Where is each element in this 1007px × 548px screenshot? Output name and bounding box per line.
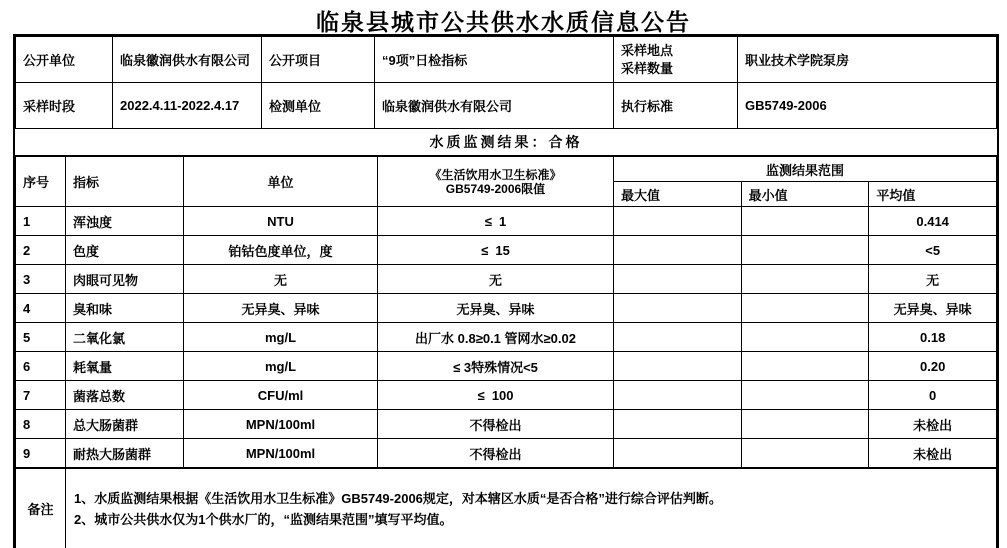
row-indicator: 肉眼可见物	[66, 265, 184, 294]
row-indicator: 耐热大肠菌群	[66, 439, 184, 468]
row-unit: 无异臭、异味	[184, 294, 378, 323]
row-avg: 未检出	[869, 410, 997, 439]
col-header-unit: 单位	[184, 157, 378, 207]
info-row-2: 采样时段 2022.4.11-2022.4.17 检测单位 临泉徽润供水有限公司…	[16, 83, 997, 129]
row-avg: 0	[869, 381, 997, 410]
row-unit: 无	[184, 265, 378, 294]
indicators-table: 序号 指标 单位 《生活饮用水卫生标准》 GB5749-2006限值 监测结果范…	[15, 156, 997, 468]
row-seq: 4	[16, 294, 66, 323]
row-max	[614, 207, 742, 236]
row-min	[741, 439, 869, 468]
sampling-site-count-label: 采样地点 采样数量	[614, 37, 738, 83]
row-seq: 1	[16, 207, 66, 236]
limit-header-line1: 《生活饮用水卫生标准》	[385, 168, 606, 182]
row-avg: <5	[869, 236, 997, 265]
sampling-site-value: 职业技术学院泵房	[738, 37, 997, 83]
row-max	[614, 323, 742, 352]
col-header-limit: 《生活饮用水卫生标准》 GB5749-2006限值	[378, 157, 614, 207]
row-max	[614, 352, 742, 381]
row-max	[614, 236, 742, 265]
row-unit: 铂钴色度单位，度	[184, 236, 378, 265]
row-min	[741, 207, 869, 236]
standard-value: GB5749-2006	[738, 83, 997, 129]
row-min	[741, 381, 869, 410]
row-max	[614, 294, 742, 323]
public-unit-value: 临泉徽润供水有限公司	[113, 37, 262, 83]
row-max	[614, 410, 742, 439]
info-table: 公开单位 临泉徽润供水有限公司 公开项目 “9项”日检指标 采样地点 采样数量 …	[15, 36, 997, 129]
row-unit: NTU	[184, 207, 378, 236]
page-title: 临泉县城市公共供水水质信息公告	[0, 0, 1007, 32]
row-limit: ≤ 15	[378, 236, 614, 265]
limit-header-line2: GB5749-2006限值	[385, 182, 606, 196]
info-row-1: 公开单位 临泉徽润供水有限公司 公开项目 “9项”日检指标 采样地点 采样数量 …	[16, 37, 997, 83]
row-indicator: 浑浊度	[66, 207, 184, 236]
remarks-line-2: 2、城市公共供水仅为1个供水厂的，“监测结果范围”填写平均值。	[74, 509, 988, 530]
row-avg: 未检出	[869, 439, 997, 468]
row-limit: 不得检出	[378, 439, 614, 468]
row-indicator: 色度	[66, 236, 184, 265]
row-limit: ≤ 1	[378, 207, 614, 236]
row-limit: ≤ 3特殊情况<5	[378, 352, 614, 381]
col-header-max: 最大值	[614, 182, 742, 207]
remarks-line-1: 1、水质监测结果根据《生活饮用水卫生标准》GB5749-2006规定，对本辖区水…	[74, 488, 988, 509]
row-unit: CFU/ml	[184, 381, 378, 410]
col-header-indicator: 指标	[66, 157, 184, 207]
col-header-range-group: 监测结果范围	[614, 157, 997, 182]
sampling-period-label: 采样时段	[16, 83, 113, 129]
public-project-label: 公开项目	[262, 37, 375, 83]
notice-table: 公开单位 临泉徽润供水有限公司 公开项目 “9项”日检指标 采样地点 采样数量 …	[13, 34, 999, 548]
table-row: 9 耐热大肠菌群 MPN/100ml 不得检出 未检出	[16, 439, 997, 468]
row-min	[741, 323, 869, 352]
row-indicator: 耗氧量	[66, 352, 184, 381]
row-seq: 5	[16, 323, 66, 352]
row-min	[741, 352, 869, 381]
row-seq: 6	[16, 352, 66, 381]
row-indicator: 菌落总数	[66, 381, 184, 410]
row-indicator: 臭和味	[66, 294, 184, 323]
row-unit: MPN/100ml	[184, 410, 378, 439]
row-indicator: 总大肠菌群	[66, 410, 184, 439]
row-max	[614, 381, 742, 410]
remarks-section: 备注 1、水质监测结果根据《生活饮用水卫生标准》GB5749-2006规定，对本…	[15, 468, 997, 548]
row-limit: 无	[378, 265, 614, 294]
row-limit: 不得检出	[378, 410, 614, 439]
standard-label: 执行标准	[614, 83, 738, 129]
public-project-value: “9项”日检指标	[375, 37, 614, 83]
row-avg: 无异臭、异味	[869, 294, 997, 323]
row-seq: 8	[16, 410, 66, 439]
col-header-min: 最小值	[741, 182, 869, 207]
row-max	[614, 265, 742, 294]
row-unit: mg/L	[184, 323, 378, 352]
remarks-label: 备注	[16, 469, 66, 548]
row-min	[741, 265, 869, 294]
testing-unit-label: 检测单位	[262, 83, 375, 129]
table-row: 3 肉眼可见物 无 无 无	[16, 265, 997, 294]
table-row: 6 耗氧量 mg/L ≤ 3特殊情况<5 0.20	[16, 352, 997, 381]
sampling-count-label: 采样数量	[621, 60, 730, 78]
table-row: 4 臭和味 无异臭、异味 无异臭、异味 无异臭、异味	[16, 294, 997, 323]
row-avg: 无	[869, 265, 997, 294]
table-row: 8 总大肠菌群 MPN/100ml 不得检出 未检出	[16, 410, 997, 439]
row-limit: 无异臭、异味	[378, 294, 614, 323]
row-unit: mg/L	[184, 352, 378, 381]
row-avg: 0.18	[869, 323, 997, 352]
row-seq: 2	[16, 236, 66, 265]
header-row-1: 序号 指标 单位 《生活饮用水卫生标准》 GB5749-2006限值 监测结果范…	[16, 157, 997, 182]
row-seq: 3	[16, 265, 66, 294]
col-header-avg: 平均值	[869, 182, 997, 207]
row-unit: MPN/100ml	[184, 439, 378, 468]
row-min	[741, 294, 869, 323]
row-avg: 0.414	[869, 207, 997, 236]
sampling-site-label: 采样地点	[621, 42, 730, 60]
col-header-seq: 序号	[16, 157, 66, 207]
public-unit-label: 公开单位	[16, 37, 113, 83]
row-limit: 出厂水 0.8≥0.1 管网水≥0.02	[378, 323, 614, 352]
row-seq: 7	[16, 381, 66, 410]
table-row: 2 色度 铂钴色度单位，度 ≤ 15 <5	[16, 236, 997, 265]
row-limit: ≤ 100	[378, 381, 614, 410]
row-seq: 9	[16, 439, 66, 468]
row-avg: 0.20	[869, 352, 997, 381]
remarks-content: 1、水质监测结果根据《生活饮用水卫生标准》GB5749-2006规定，对本辖区水…	[66, 469, 997, 548]
table-row: 1 浑浊度 NTU ≤ 1 0.414	[16, 207, 997, 236]
table-row: 5 二氧化氯 mg/L 出厂水 0.8≥0.1 管网水≥0.02 0.18	[16, 323, 997, 352]
result-banner: 水质监测结果：合格	[15, 129, 997, 156]
table-row: 7 菌落总数 CFU/ml ≤ 100 0	[16, 381, 997, 410]
row-max	[614, 439, 742, 468]
row-min	[741, 410, 869, 439]
row-indicator: 二氧化氯	[66, 323, 184, 352]
sampling-period-value: 2022.4.11-2022.4.17	[113, 83, 262, 129]
remarks-row: 备注 1、水质监测结果根据《生活饮用水卫生标准》GB5749-2006规定，对本…	[16, 469, 997, 548]
row-min	[741, 236, 869, 265]
testing-unit-value: 临泉徽润供水有限公司	[375, 83, 614, 129]
